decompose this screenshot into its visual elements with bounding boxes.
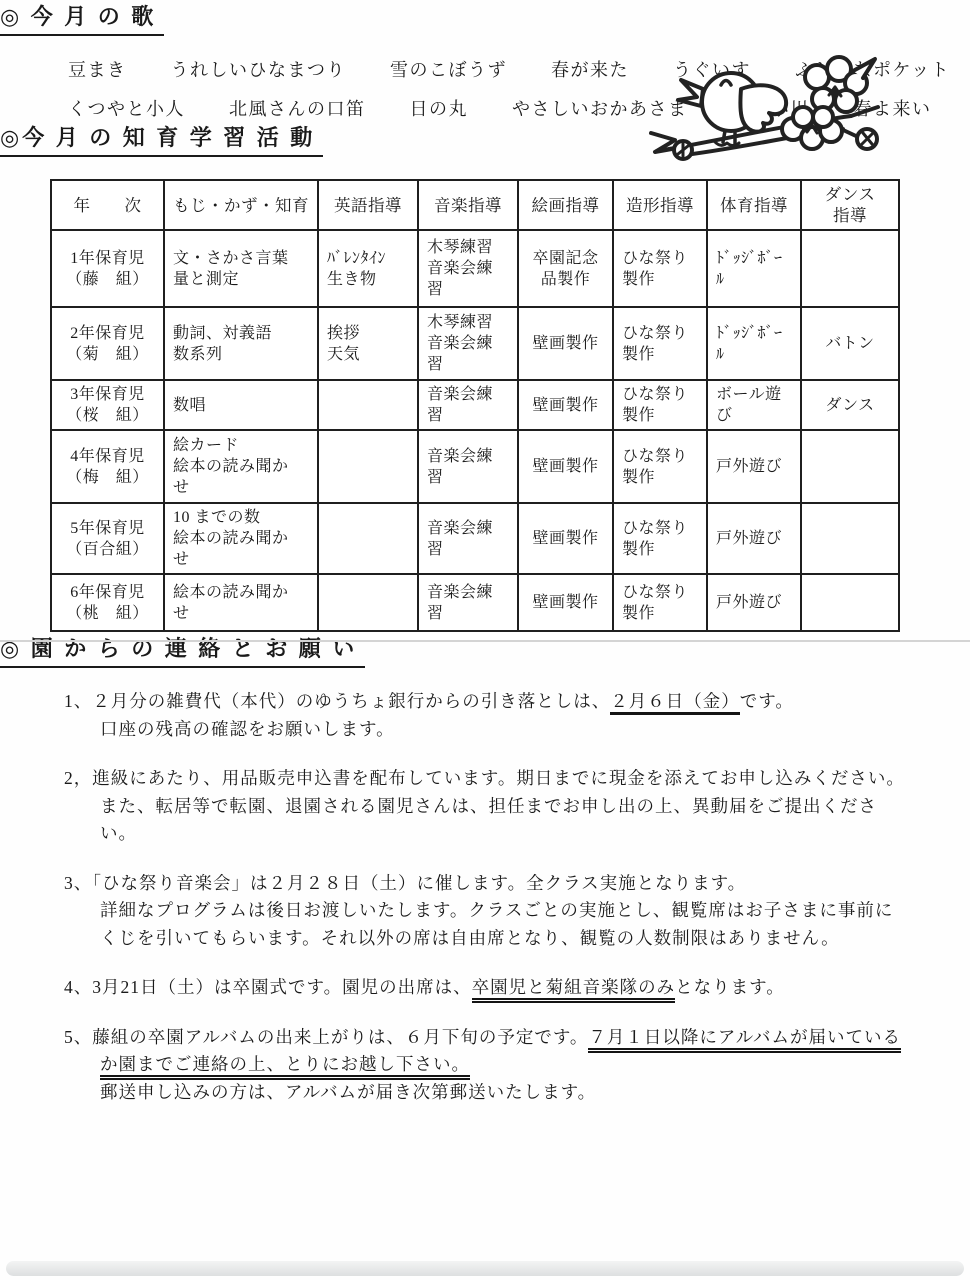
notice-text: 口座の残高の確認をお願いします。 <box>100 716 908 744</box>
notice-item-2: 2，進級にあたり、用品販売申込書を配布しています。期日までに現金を添えてお申し込… <box>64 765 908 848</box>
notice-text: 「ひな祭り音楽会」は２月２８日（土）に催します。全クラス実施となります。 詳細な… <box>92 873 893 948</box>
table-row: 2年保育児 （菊 組） 動詞、対義語 数系列 挨拶 天気 木琴練習 音楽会練 習… <box>51 307 899 380</box>
song-title: 雪のこぼうず <box>390 56 507 82</box>
activity-cell: 10 までの数 絵本の読み聞か せ <box>164 503 318 574</box>
table-header-row: 年 次 もじ・かず・知育 英語指導 音楽指導 絵画指導 造形指導 体育指導 ダン… <box>51 180 899 230</box>
notice-number: 2， <box>64 768 92 788</box>
song-title: うれしいひなまつり <box>171 56 347 82</box>
activity-cell: 音楽会練 習 <box>418 430 518 503</box>
activity-cell: 戸外遊び <box>707 574 801 631</box>
column-header: もじ・かず・知育 <box>164 180 318 230</box>
activity-cell: 木琴練習 音楽会練 習 <box>418 307 518 380</box>
activity-cell: 音楽会練 習 <box>418 574 518 631</box>
activity-cell: 壁画製作 <box>518 307 613 380</box>
class-name-cell: 4年保育児 （梅 組） <box>51 430 164 503</box>
activity-cell: 数唱 <box>164 380 318 430</box>
notices-list: 1、２月分の雑費代（本代）のゆうちょ銀行からの引き落としは、２月６日（金）です。… <box>64 688 908 1106</box>
scan-artifact-line <box>0 640 970 642</box>
notice-text: 進級にあたり、用品販売申込書を配布しています。期日までに現金を添えてお申し込みく… <box>92 768 905 843</box>
activity-cell: ﾊﾞﾚﾝﾀｲﾝ 生き物 <box>318 230 418 307</box>
column-header: 体育指導 <box>707 180 801 230</box>
notice-emphasis-underlined: 卒園児と菊組音楽隊のみ <box>472 977 676 1003</box>
notice-item-1: 1、２月分の雑費代（本代）のゆうちょ銀行からの引き落としは、２月６日（金）です。… <box>64 688 908 743</box>
column-header: 英語指導 <box>318 180 418 230</box>
activity-cell: ひな祭り 製作 <box>613 307 707 380</box>
activity-cell: 戸外遊び <box>707 430 801 503</box>
class-name-cell: 2年保育児 （菊 組） <box>51 307 164 380</box>
activity-cell: 卒園記念 品製作 <box>518 230 613 307</box>
activity-cell: ひな祭り 製作 <box>613 380 707 430</box>
table-row: 4年保育児 （梅 組） 絵カード 絵本の読み聞か せ 音楽会練 習 壁画製作 ひ… <box>51 430 899 503</box>
activity-cell: バトン <box>801 307 899 380</box>
activity-cell: ダンス <box>801 380 899 430</box>
activity-cell: 壁画製作 <box>518 380 613 430</box>
notice-text: です。 <box>740 691 794 711</box>
column-header: 造形指導 <box>613 180 707 230</box>
activity-cell: 音楽会練 習 <box>418 380 518 430</box>
column-header: 音楽指導 <box>418 180 518 230</box>
scanned-newsletter-page: ◎ 今 月 の 歌 豆まき うれしいひなまつり 雪のこぼうず 春が来た うぐいす… <box>0 0 970 1280</box>
activity-cell: ボール遊 び <box>707 380 801 430</box>
notice-number: 5、 <box>64 1027 92 1047</box>
activity-cell: ﾄﾞｯｼﾞﾎﾞｰ ﾙ <box>707 230 801 307</box>
notice-number: 4、 <box>64 977 92 997</box>
activity-cell: 動詞、対義語 数系列 <box>164 307 318 380</box>
activity-cell: 壁画製作 <box>518 430 613 503</box>
notice-emphasis-underlined: ２月６日（金） <box>610 691 740 715</box>
notice-text: ２月分の雑費代（本代）のゆうちょ銀行からの引き落としは、 <box>92 691 610 711</box>
activity-cell: ﾄﾞｯｼﾞﾎﾞｰ ﾙ <box>707 307 801 380</box>
activity-cell: 音楽会練 習 <box>418 503 518 574</box>
class-name-cell: 1年保育児 （藤 組） <box>51 230 164 307</box>
notice-item-3: 3、「ひな祭り音楽会」は２月２８日（土）に催します。全クラス実施となります。 詳… <box>64 870 908 953</box>
notice-text: 郵送申し込みの方は、アルバムが届き次第郵送いたします。 <box>100 1079 908 1107</box>
activity-cell: 戸外遊び <box>707 503 801 574</box>
table-row: 6年保育児 （桃 組） 絵本の読み聞か せ 音楽会練 習 壁画製作 ひな祭り 製… <box>51 574 899 631</box>
activities-section-heading: ◎今 月 の 知 育 学 習 活 動 <box>0 121 323 157</box>
activity-cell <box>801 574 899 631</box>
activity-cell: ひな祭り 製作 <box>613 574 707 631</box>
notice-number: 3、 <box>64 873 92 893</box>
notice-item-4: 4、3月21日（土）は卒園式です。園児の出席は、卒園児と菊組音楽隊のみとなります… <box>64 974 908 1002</box>
class-name-cell: 6年保育児 （桃 組） <box>51 574 164 631</box>
songs-section-heading: ◎ 今 月 の 歌 <box>0 0 164 36</box>
notices-section-heading: ◎ 園 か ら の 連 絡 と お 願 い <box>0 632 365 668</box>
activity-cell <box>318 430 418 503</box>
activity-cell: 挨拶 天気 <box>318 307 418 380</box>
activity-cell: ひな祭り 製作 <box>613 503 707 574</box>
column-header: ダンス 指導 <box>801 180 899 230</box>
activity-cell: 絵本の読み聞か せ <box>164 574 318 631</box>
song-title: 豆まき <box>68 56 127 82</box>
activity-cell: ひな祭り 製作 <box>613 230 707 307</box>
activity-cell <box>318 574 418 631</box>
song-title: 日の丸 <box>410 95 469 121</box>
activity-cell: 文・さかさ言葉 量と測定 <box>164 230 318 307</box>
activities-table: 年 次 もじ・かず・知育 英語指導 音楽指導 絵画指導 造形指導 体育指導 ダン… <box>50 179 900 632</box>
activity-cell: 壁画製作 <box>518 574 613 631</box>
table-row: 3年保育児 （桜 組） 数唱 音楽会練 習 壁画製作 ひな祭り 製作 ボール遊 … <box>51 380 899 430</box>
scan-artifact-bottom-edge <box>6 1261 964 1276</box>
song-title: 春が来た <box>551 56 629 82</box>
bird-on-plum-branch-icon <box>645 55 883 161</box>
notice-item-5: 5、藤組の卒園アルバムの出来上がりは、６月下旬の予定です。７月１日以降にアルバム… <box>64 1024 908 1107</box>
activity-cell: 絵カード 絵本の読み聞か せ <box>164 430 318 503</box>
class-name-cell: 3年保育児 （桜 組） <box>51 380 164 430</box>
activity-cell <box>801 503 899 574</box>
table-row: 5年保育児 （百合組） 10 までの数 絵本の読み聞か せ 音楽会練 習 壁画製… <box>51 503 899 574</box>
column-header: 年 次 <box>51 180 164 230</box>
activity-cell <box>318 380 418 430</box>
activity-cell <box>801 430 899 503</box>
class-name-cell: 5年保育児 （百合組） <box>51 503 164 574</box>
notice-text: となります。 <box>675 977 785 997</box>
activity-cell <box>801 230 899 307</box>
activity-cell: 壁画製作 <box>518 503 613 574</box>
activity-cell: 木琴練習 音楽会練 習 <box>418 230 518 307</box>
activity-cell <box>318 503 418 574</box>
activity-cell: ひな祭り 製作 <box>613 430 707 503</box>
notice-text: 3月21日（土）は卒園式です。園児の出席は、 <box>92 977 471 997</box>
song-title: くつやと小人 <box>68 95 185 121</box>
table-row: 1年保育児 （藤 組） 文・さかさ言葉 量と測定 ﾊﾞﾚﾝﾀｲﾝ 生き物 木琴練… <box>51 230 899 307</box>
song-title: 北風さんの口笛 <box>229 95 366 121</box>
column-header: 絵画指導 <box>518 180 613 230</box>
notice-number: 1、 <box>64 691 92 711</box>
notice-text: 藤組の卒園アルバムの出来上がりは、６月下旬の予定です。 <box>92 1027 588 1047</box>
